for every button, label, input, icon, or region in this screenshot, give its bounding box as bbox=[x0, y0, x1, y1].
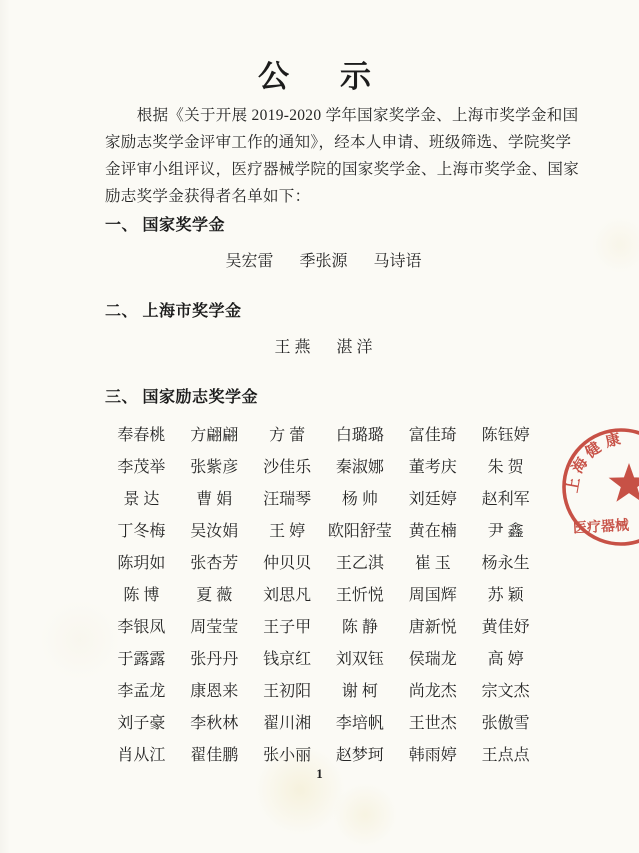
recipient-name: 沙佳乐 bbox=[263, 452, 311, 484]
recipient-name: 张杏芳 bbox=[190, 548, 238, 580]
recipient-name: 吴汝娟 bbox=[190, 516, 238, 548]
name-row: 丁冬梅吴汝娟王 婷欧阳舒莹黄在楠尹 鑫 bbox=[105, 516, 542, 548]
recipient-name: 王 燕 bbox=[274, 336, 310, 360]
recipient-name: 周莹莹 bbox=[190, 612, 238, 644]
recipient-name: 李银凤 bbox=[117, 612, 165, 644]
recipient-name: 侯瑞龙 bbox=[409, 644, 457, 676]
intro-line: 金评审小组评议，医疗器械学院的国家奖学金、上海市奖学金、国家 bbox=[105, 156, 555, 183]
section-national-scholarship: 一、 国家奖学金 吴宏雷季张源马诗语 bbox=[105, 216, 542, 274]
recipient-name: 谢 柯 bbox=[342, 676, 378, 708]
name-row: 景 达曹 娟汪瑞琴杨 帅刘廷婷赵利军 bbox=[105, 484, 542, 516]
recipient-name: 丁冬梅 bbox=[117, 516, 165, 548]
recipient-name: 陈玥如 bbox=[117, 548, 165, 580]
recipient-name: 刘双钰 bbox=[336, 644, 384, 676]
names-row: 王 燕湛 洋 bbox=[105, 336, 542, 360]
intro-line: 根据《关于开展 2019-2020 学年国家奖学金、上海市奖学金和国 bbox=[105, 102, 555, 129]
recipient-name: 白璐璐 bbox=[336, 420, 384, 452]
recipient-name: 张傲雪 bbox=[482, 708, 530, 740]
section-heading: 三、 国家励志奖学金 bbox=[105, 388, 542, 408]
recipient-name: 高 婷 bbox=[488, 644, 524, 676]
official-seal-stamp: 上 海 健 康 医疗器械 bbox=[557, 418, 639, 563]
recipient-name: 李秋林 bbox=[190, 708, 238, 740]
recipient-name: 夏 薇 bbox=[196, 580, 232, 612]
recipient-name: 翟川湘 bbox=[263, 708, 311, 740]
recipient-name: 刘廷婷 bbox=[409, 484, 457, 516]
recipient-name: 康恩来 bbox=[190, 676, 238, 708]
recipient-name: 陈钰婷 bbox=[482, 420, 530, 452]
recipient-name: 王 婷 bbox=[269, 516, 305, 548]
seal-arc-char: 上 bbox=[564, 476, 583, 494]
intro-line: 励志奖学金获得者名单如下： bbox=[105, 183, 555, 210]
recipient-name: 钱京红 bbox=[263, 644, 311, 676]
name-row: 奉春桃方翩翩方 蕾白璐璐富佳琦陈钰婷 bbox=[105, 420, 542, 452]
recipient-name: 朱 贺 bbox=[488, 452, 524, 484]
recipient-name: 王忻悦 bbox=[336, 580, 384, 612]
recipient-name: 尚龙杰 bbox=[409, 676, 457, 708]
recipient-name: 富佳琦 bbox=[409, 420, 457, 452]
recipient-name: 刘思凡 bbox=[263, 580, 311, 612]
recipient-name: 周国辉 bbox=[409, 580, 457, 612]
recipient-name: 仲贝贝 bbox=[263, 548, 311, 580]
page-number: 1 bbox=[0, 765, 639, 783]
name-row: 陈 博夏 薇刘思凡王忻悦周国辉苏 颖 bbox=[105, 580, 542, 612]
recipient-name: 欧阳舒莹 bbox=[328, 516, 392, 548]
section-heading: 二、 上海市奖学金 bbox=[105, 302, 542, 322]
document-title: 公 示 bbox=[0, 56, 639, 98]
recipient-name: 尹 鑫 bbox=[488, 516, 524, 548]
recipient-name: 季张源 bbox=[299, 250, 347, 274]
recipient-name: 吴宏雷 bbox=[225, 250, 273, 274]
section-endeavor-scholarship: 三、 国家励志奖学金 奉春桃方翩翩方 蕾白璐璐富佳琦陈钰婷李茂举张紫彦沙佳乐秦淑… bbox=[105, 388, 542, 772]
recipient-name: 王乙淇 bbox=[336, 548, 384, 580]
name-row: 李银凤周莹莹王子甲陈 静唐新悦黄佳妤 bbox=[105, 612, 542, 644]
recipient-name: 王初阳 bbox=[263, 676, 311, 708]
recipient-name: 张紫彦 bbox=[190, 452, 238, 484]
section-heading: 一、 国家奖学金 bbox=[105, 216, 542, 236]
recipient-name: 杨永生 bbox=[482, 548, 530, 580]
recipient-name: 湛 洋 bbox=[337, 336, 373, 360]
names-row: 吴宏雷季张源马诗语 bbox=[105, 250, 542, 274]
recipient-name: 于露露 bbox=[117, 644, 165, 676]
intro-paragraph: 根据《关于开展 2019-2020 学年国家奖学金、上海市奖学金和国家励志奖学金… bbox=[105, 102, 555, 210]
scanned-document-page: 公 示 根据《关于开展 2019-2020 学年国家奖学金、上海市奖学金和国家励… bbox=[0, 0, 639, 853]
recipient-name: 马诗语 bbox=[374, 250, 422, 274]
recipient-name: 李茂举 bbox=[117, 452, 165, 484]
name-row: 李茂举张紫彦沙佳乐秦淑娜董考庆朱 贺 bbox=[105, 452, 542, 484]
section-shanghai-scholarship: 二、 上海市奖学金 王 燕湛 洋 bbox=[105, 302, 542, 360]
intro-line: 家励志奖学金评审工作的通知》，经本人申请、班级筛选、学院奖学 bbox=[105, 129, 555, 156]
recipient-name: 黄在楠 bbox=[409, 516, 457, 548]
recipient-name: 宗文杰 bbox=[482, 676, 530, 708]
recipient-name: 秦淑娜 bbox=[336, 452, 384, 484]
seal-star-icon bbox=[609, 463, 639, 502]
recipient-name: 方翩翩 bbox=[190, 420, 238, 452]
recipient-name: 方 蕾 bbox=[269, 420, 305, 452]
seal-bottom-text: 医疗器械 bbox=[573, 517, 631, 537]
recipient-name: 杨 帅 bbox=[342, 484, 378, 516]
recipient-name: 景 达 bbox=[123, 484, 159, 516]
recipient-name: 崔 玉 bbox=[415, 548, 451, 580]
recipient-name: 陈 博 bbox=[123, 580, 159, 612]
name-row: 于露露张丹丹钱京红刘双钰侯瑞龙高 婷 bbox=[105, 644, 542, 676]
recipient-name: 董考庆 bbox=[409, 452, 457, 484]
recipient-name: 张丹丹 bbox=[190, 644, 238, 676]
recipient-name: 刘子豪 bbox=[117, 708, 165, 740]
recipient-name: 王子甲 bbox=[263, 612, 311, 644]
recipient-name: 汪瑞琴 bbox=[263, 484, 311, 516]
recipient-name: 赵利军 bbox=[482, 484, 530, 516]
recipient-name: 陈 静 bbox=[342, 612, 378, 644]
names-grid: 奉春桃方翩翩方 蕾白璐璐富佳琦陈钰婷李茂举张紫彦沙佳乐秦淑娜董考庆朱 贺景 达曹… bbox=[105, 420, 542, 772]
recipient-name: 李培帆 bbox=[336, 708, 384, 740]
name-row: 陈玥如张杏芳仲贝贝王乙淇崔 玉杨永生 bbox=[105, 548, 542, 580]
recipient-name: 奉春桃 bbox=[117, 420, 165, 452]
recipient-name: 曹 娟 bbox=[196, 484, 232, 516]
name-row: 刘子豪李秋林翟川湘李培帆王世杰张傲雪 bbox=[105, 708, 542, 740]
recipient-name: 唐新悦 bbox=[409, 612, 457, 644]
recipient-name: 苏 颖 bbox=[488, 580, 524, 612]
recipient-name: 黄佳妤 bbox=[482, 612, 530, 644]
name-row: 李孟龙康恩来王初阳谢 柯尚龙杰宗文杰 bbox=[105, 676, 542, 708]
recipient-name: 李孟龙 bbox=[117, 676, 165, 708]
recipient-name: 王世杰 bbox=[409, 708, 457, 740]
